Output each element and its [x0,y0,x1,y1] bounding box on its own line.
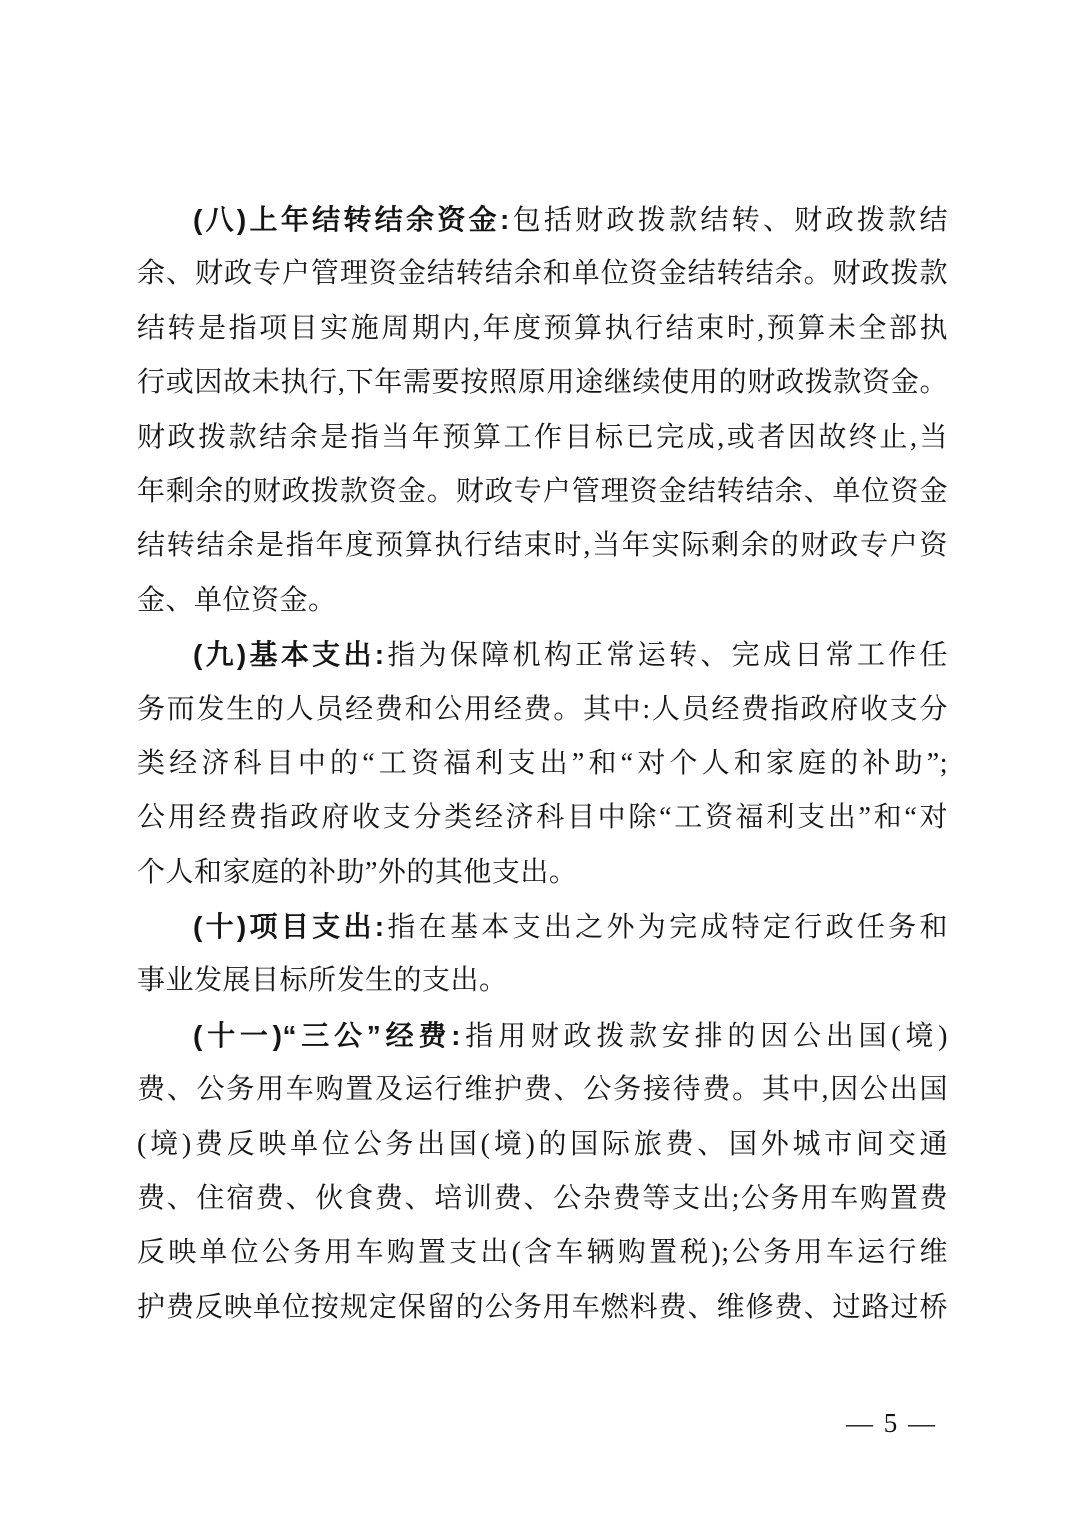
text-line: (八)上年结转结余资金:包括财政拨款结转、财政拨款结 [137,193,948,247]
paragraph-item-9: (九)基本支出:指为保障机构正常运转、完成日常工作任 务而发生的人员经费和公用经… [137,628,948,900]
text-line: (九)基本支出:指为保障机构正常运转、完成日常工作任 [137,628,948,682]
term-definition: 包括财政拨款结转、财政拨款结 [510,205,948,236]
text-line: (十)项目支出:指在基本支出之外为完成特定行政任务和 [137,900,948,954]
term-definition: 指为保障机构正常运转、完成日常工作任 [385,640,948,671]
term-definition: 指用财政拨款安排的因公出国(境) [461,1021,948,1052]
document-body: (八)上年结转结余资金:包括财政拨款结转、财政拨款结 余、财政专户管理资金结转结… [137,193,948,1335]
document-page: (八)上年结转结余资金:包括财政拨款结转、财政拨款结 余、财政专户管理资金结转结… [0,0,1074,1520]
text-line: 费、公务用车购置及运行维护费、公务接待费。其中,因公出国 [137,1063,948,1117]
term-label: (九)基本支出: [193,639,385,670]
term-definition: 指在基本支出之外为完成特定行政任务和 [385,912,948,943]
paragraph-item-10: (十)项目支出:指在基本支出之外为完成特定行政任务和 事业发展目标所发生的支出。 [137,900,948,1009]
text-line: 财政拨款结余是指当年预算工作目标已完成,或者因故终止,当 [137,411,948,465]
text-line: 护费反映单位按规定保留的公务用车燃料费、维修费、过路过桥 [137,1281,948,1335]
text-line: 年剩余的财政拨款资金。财政专户管理资金结转结余、单位资金 [137,465,948,519]
text-line: 结转是指项目实施周期内,年度预算执行结束时,预算未全部执 [137,302,948,356]
text-line: 类经济科目中的“工资福利支出”和“对个人和家庭的补助”; [137,737,948,791]
text-line: 个人和家庭的补助”外的其他支出。 [137,846,948,900]
text-line: 反映单位公务用车购置支出(含车辆购置税);公务用车运行维 [137,1226,948,1280]
page-number: — 5 — [846,1403,937,1443]
paragraph-item-8: (八)上年结转结余资金:包括财政拨款结转、财政拨款结 余、财政专户管理资金结转结… [137,193,948,628]
paragraph-item-11: (十一)“三公”经费:指用财政拨款安排的因公出国(境) 费、公务用车购置及运行维… [137,1009,948,1335]
text-line: 务而发生的人员经费和公用经费。其中:人员经费指政府收支分 [137,683,948,737]
text-line: (境)费反映单位公务出国(境)的国际旅费、国外城市间交通 [137,1118,948,1172]
term-label: (八)上年结转结余资金: [193,204,510,235]
text-line: 金、单位资金。 [137,574,948,628]
text-line: 余、财政专户管理资金结转结余和单位资金结转结余。财政拨款 [137,247,948,301]
text-line: (十一)“三公”经费:指用财政拨款安排的因公出国(境) [137,1009,948,1063]
text-line: 行或因故未执行,下年需要按照原用途继续使用的财政拨款资金。 [137,356,948,410]
text-line: 结转结余是指年度预算执行结束时,当年实际剩余的财政专户资 [137,519,948,573]
text-line: 费、住宿费、伙食费、培训费、公杂费等支出;公务用车购置费 [137,1172,948,1226]
term-label: (十)项目支出: [193,911,385,942]
text-line: 公用经费指政府收支分类经济科目中除“工资福利支出”和“对 [137,791,948,845]
term-label: (十一)“三公”经费: [193,1020,461,1051]
text-line: 事业发展目标所发生的支出。 [137,954,948,1008]
